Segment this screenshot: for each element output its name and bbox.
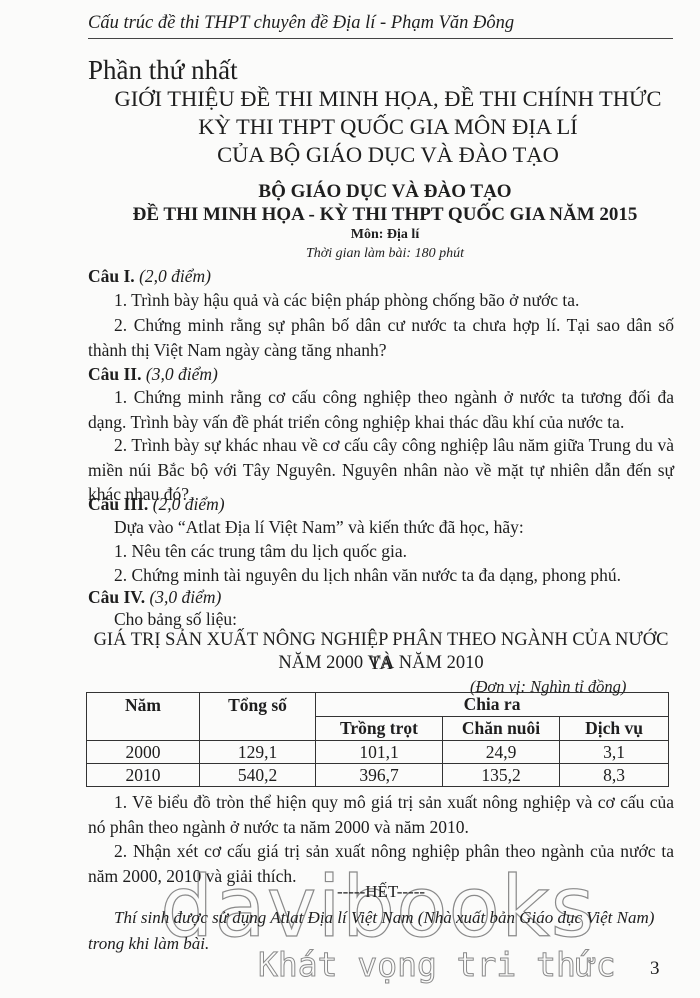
question-1-item-1: 1. Trình bày hậu quả và các biện pháp ph… — [88, 288, 674, 313]
header-services: Dịch vụ — [560, 717, 669, 741]
question-4-item-1: 1. Vẽ biểu đồ tròn thể hiện quy mô giá t… — [88, 790, 674, 839]
running-header: Cấu trúc đề thi THPT chuyên đề Địa lí - … — [88, 10, 673, 39]
table-row: 2000 129,1 101,1 24,9 3,1 — [87, 741, 669, 764]
question-3-points: (2,0 điểm) — [153, 494, 225, 514]
question-1-points: (2,0 điểm) — [139, 266, 211, 286]
question-1-item-2: 2. Chứng minh rằng sự phân bố dân cư nướ… — [88, 313, 674, 362]
header-total: Tổng số — [200, 693, 316, 741]
header-breakdown: Chia ra — [316, 693, 669, 717]
question-3-item-2: 2. Chứng minh tài nguyên du lịch nhân vă… — [88, 563, 674, 588]
header-crops: Trồng trọt — [316, 717, 443, 741]
header-livestock: Chăn nuôi — [443, 717, 560, 741]
exam-subject: Môn: Địa lí — [80, 226, 690, 244]
candidate-note: Thí sinh được sử dụng Atlat Địa lí Việt … — [88, 905, 678, 957]
question-4-heading: Câu IV. (3,0 điểm) — [88, 585, 221, 609]
intro-line-2: KỲ THI THPT QUỐC GIA MÔN ĐỊA LÍ — [88, 114, 688, 140]
question-1-label: Câu I. — [88, 266, 135, 286]
exam-title: ĐỀ THI MINH HỌA - KỲ THI THPT QUỐC GIA N… — [80, 203, 690, 227]
ministry-name: BỘ GIÁO DỤC VÀ ĐÀO TẠO — [80, 180, 690, 204]
cell-year: 2010 — [87, 764, 200, 787]
question-1-heading: Câu I. (2,0 điểm) — [88, 264, 211, 288]
question-2-item-1: 1. Chứng minh rằng cơ cấu công nghiệp th… — [88, 385, 674, 434]
question-2-points: (3,0 điểm) — [146, 364, 218, 384]
agriculture-value-table: Năm Tổng số Chia ra Trồng trọt Chăn nuôi… — [86, 692, 669, 787]
exam-duration: Thời gian làm bài: 180 phút — [80, 245, 690, 263]
part-title: Phần thứ nhất — [88, 54, 238, 86]
cell-total: 540,2 — [200, 764, 316, 787]
question-3-intro: Dựa vào “Atlat Địa lí Việt Nam” và kiến … — [88, 515, 674, 540]
cell-year: 2000 — [87, 741, 200, 764]
cell-crops: 396,7 — [316, 764, 443, 787]
cell-services: 8,3 — [560, 764, 669, 787]
question-3-item-1: 1. Nêu tên các trung tâm du lịch quốc gi… — [88, 539, 674, 564]
cell-livestock: 135,2 — [443, 764, 560, 787]
question-3-heading: Câu III. (2,0 điểm) — [88, 492, 225, 516]
cell-services: 3,1 — [560, 741, 669, 764]
end-mark: -----HẾT----- — [88, 882, 674, 902]
page-number: 3 — [650, 958, 660, 980]
table-row: 2010 540,2 396,7 135,2 8,3 — [87, 764, 669, 787]
cell-livestock: 24,9 — [443, 741, 560, 764]
question-2-label: Câu II. — [88, 364, 142, 384]
question-2-heading: Câu II. (3,0 điểm) — [88, 362, 218, 386]
cell-total: 129,1 — [200, 741, 316, 764]
question-4-points: (3,0 điểm) — [149, 587, 221, 607]
table-title-line-2: NĂM 2000 VÀ NĂM 2010 — [88, 651, 674, 675]
cell-crops: 101,1 — [316, 741, 443, 764]
intro-line-1: GIỚI THIỆU ĐỀ THI MINH HỌA, ĐỀ THI CHÍNH… — [88, 86, 688, 112]
question-3-label: Câu III. — [88, 494, 148, 514]
question-4-label: Câu IV. — [88, 587, 145, 607]
intro-line-3: CỦA BỘ GIÁO DỤC VÀ ĐÀO TẠO — [88, 142, 688, 168]
header-year: Năm — [87, 693, 200, 741]
